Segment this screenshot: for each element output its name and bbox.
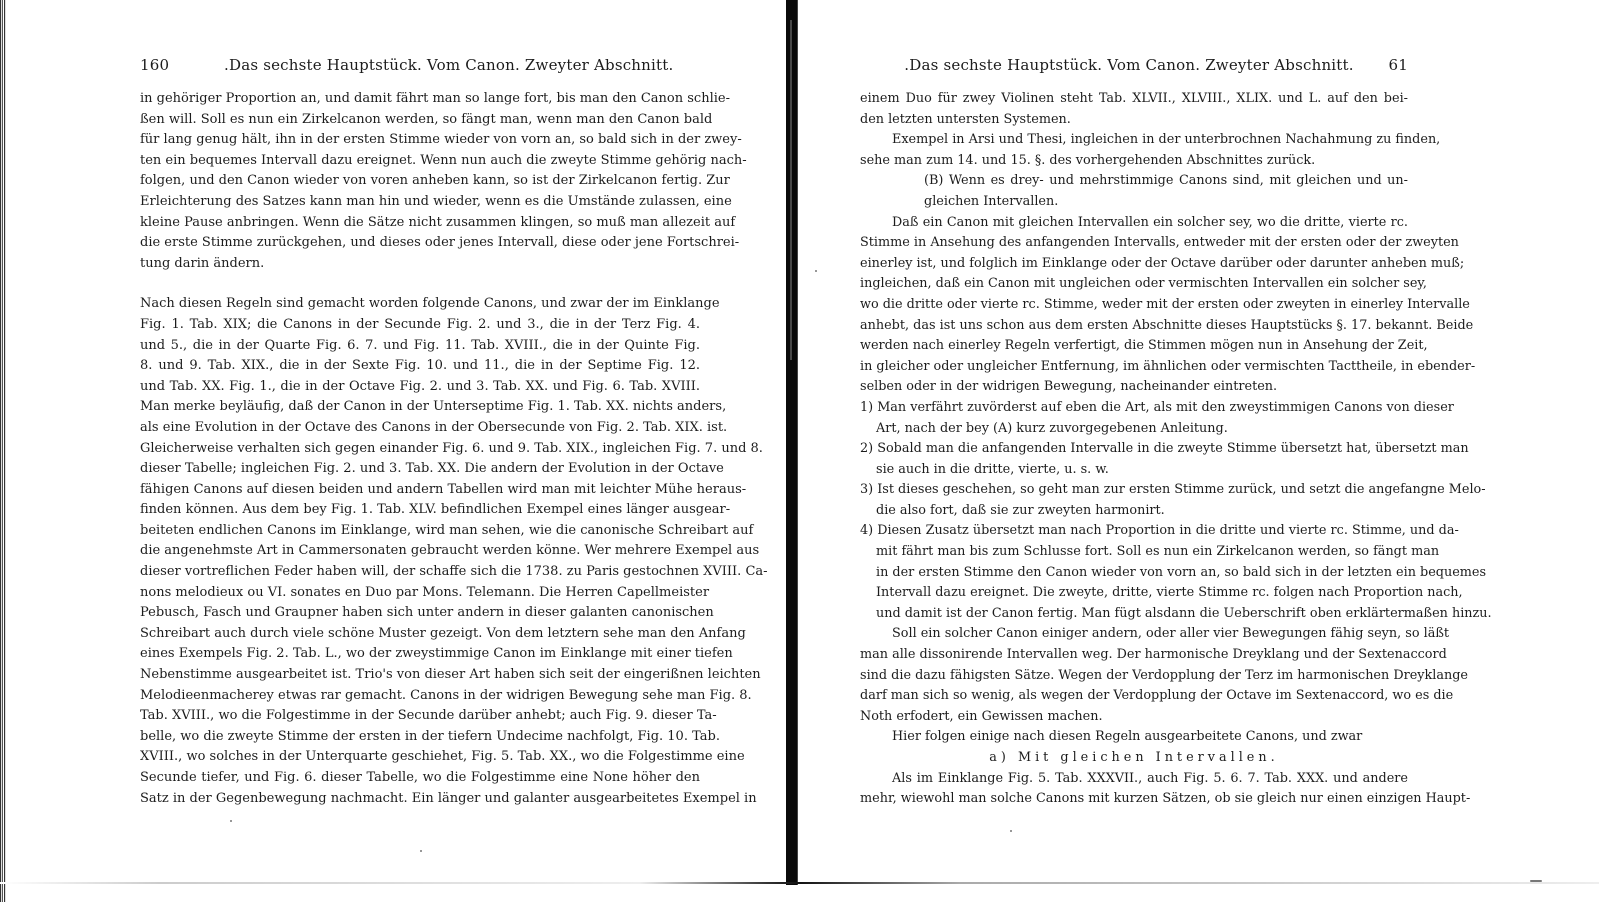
text-line: fähigen Canons auf diesen beiden und and… (140, 480, 700, 501)
text-line: belle, wo die zweyte Stimme der ersten i… (140, 727, 700, 748)
left-running-head: 160 .Das sechste Hauptstück. Vom Canon. … (140, 56, 700, 80)
right-page-number: 61 (1368, 56, 1408, 74)
list-item: 1) Man verfährt zuvörderst auf eben die … (860, 398, 1408, 419)
scan-speck (1010, 830, 1012, 832)
text-line: Tab. XVIII., wo die Folgestimme in der S… (140, 706, 700, 727)
list-item: 2) Sobald man die anfangenden Intervalle… (860, 439, 1408, 460)
text-line: tung darin ändern. (140, 254, 700, 275)
text-line: Daß ein Canon mit gleichen Intervallen e… (860, 213, 1408, 234)
text-line: Erleichterung des Satzes kann man hin un… (140, 192, 700, 213)
right-running-head: .Das sechste Hauptstück. Vom Canon. Zwey… (860, 56, 1408, 80)
text-line: in gleicher oder ungleicher Entfernung, … (860, 357, 1408, 378)
text-line: kleine Pause anbringen. Wenn die Sätze n… (140, 213, 700, 234)
text-line: die erste Stimme zurückgehen, und dieses… (140, 233, 700, 254)
text-line: Nebenstimme ausgearbeitet ist. Trio's vo… (140, 665, 700, 686)
list-item-cont: mit fährt man bis zum Schlusse fort. Sol… (860, 542, 1408, 563)
paragraph-gap (140, 274, 700, 294)
scan-speck (815, 270, 817, 272)
scan-speck (1530, 880, 1542, 882)
text-line: Satz in der Gegenbewegung nachmacht. Ein… (140, 789, 700, 810)
list-item-cont: Intervall dazu ereignet. Die zweyte, dri… (860, 583, 1408, 604)
text-line: finden können. Aus dem bey Fig. 1. Tab. … (140, 500, 700, 521)
text-line: man alle dissonirende Intervallen weg. D… (860, 645, 1408, 666)
text-line: eines Exempels Fig. 2. Tab. L., wo der z… (140, 644, 700, 665)
text-line: dieser Tabelle; ingleichen Fig. 2. und 3… (140, 459, 700, 480)
list-item-cont: Art, nach der bey (A) kurz zuvorgegebene… (860, 419, 1408, 440)
text-line: Man merke beyläufig, daß der Canon in de… (140, 397, 700, 418)
text-line: Secunde tiefer, und Fig. 6. dieser Tabel… (140, 768, 700, 789)
text-line: ingleichen, daß ein Canon mit ungleichen… (860, 274, 1408, 295)
book-gutter (786, 0, 798, 885)
list-item-cont: in der ersten Stimme den Canon wieder vo… (860, 563, 1408, 584)
subsection-heading: a) Mit gleichen Intervallen. (860, 748, 1408, 769)
text-line: dieser vortreflichen Feder haben will, d… (140, 562, 700, 583)
text-line: Stimme in Ansehung des anfangenden Inter… (860, 233, 1408, 254)
text-line: nons melodieux ou VI. sonates en Duo par… (140, 583, 700, 604)
text-line: Als im Einklange Fig. 5. Tab. XXXVII., a… (860, 769, 1408, 790)
text-line: wo die dritte oder vierte rc. Stimme, we… (860, 295, 1408, 316)
text-line: folgen, und den Canon wieder von voren a… (140, 171, 700, 192)
text-line: werden nach einerley Regeln verfertigt, … (860, 336, 1408, 357)
text-line: in gehöriger Proportion an, und damit fä… (140, 89, 700, 110)
text-line: Melodieenmacherey etwas rar gemacht. Can… (140, 686, 700, 707)
right-page: .Das sechste Hauptstück. Vom Canon. Zwey… (860, 56, 1408, 810)
right-body-text: einem Duo für zwey Violinen steht Tab. X… (860, 89, 1408, 810)
section-heading: (B) Wenn es drey- und mehrstimmige Canon… (860, 171, 1408, 192)
text-line: Gleicherweise verhalten sich gegen einan… (140, 439, 700, 460)
text-line: Hier folgen einige nach diesen Regeln au… (860, 727, 1408, 748)
text-line: beiteten endlichen Canons im Einklange, … (140, 521, 700, 542)
text-line: selben oder in der widrigen Bewegung, na… (860, 377, 1408, 398)
text-line: als eine Evolution in der Octave des Can… (140, 418, 700, 439)
text-line: Pebusch, Fasch und Graupner haben sich u… (140, 603, 700, 624)
text-line: Soll ein solcher Canon einiger andern, o… (860, 624, 1408, 645)
text-line: Fig. 1. Tab. XIX; die Canons in der Secu… (140, 315, 700, 336)
left-page: 160 .Das sechste Hauptstück. Vom Canon. … (140, 56, 700, 809)
book-left-edge (0, 0, 6, 902)
text-line: einem Duo für zwey Violinen steht Tab. X… (860, 89, 1408, 110)
text-line: Schreibart auch durch viele schöne Muste… (140, 624, 700, 645)
text-line: Exempel in Arsi und Thesi, ingleichen in… (860, 130, 1408, 151)
section-heading: gleichen Intervallen. (860, 192, 1408, 213)
text-line: und 5., die in der Quarte Fig. 6. 7. und… (140, 336, 700, 357)
list-item: 4) Diesen Zusatz übersetzt man nach Prop… (860, 521, 1408, 542)
text-line: Nach diesen Regeln sind gemacht worden f… (140, 294, 700, 315)
text-line: ten ein bequemes Intervall dazu ereignet… (140, 151, 700, 172)
text-line: ßen will. Soll es nun ein Zirkelcanon we… (140, 110, 700, 131)
list-item-cont: und damit ist der Canon fertig. Man fügt… (860, 604, 1408, 625)
text-line: und Tab. XX. Fig. 1., die in der Octave … (140, 377, 700, 398)
left-page-number: 160 (140, 56, 200, 74)
text-line: den letzten untersten Systemen. (860, 110, 1408, 131)
list-item-cont: sie auch in die dritte, vierte, u. s. w. (860, 460, 1408, 481)
left-running-title: .Das sechste Hauptstück. Vom Canon. Zwey… (200, 56, 700, 74)
text-line: anhebt, das ist uns schon aus dem ersten… (860, 316, 1408, 337)
scan-speck (230, 820, 232, 822)
text-line: XVIII., wo solches in der Unterquarte ge… (140, 747, 700, 768)
page-bottom-edge (0, 882, 1599, 884)
text-line: sehe man zum 14. und 15. §. des vorherge… (860, 151, 1408, 172)
text-line: Noth erfodert, ein Gewissen machen. (860, 707, 1408, 728)
text-line: einerley ist, und folglich im Einklange … (860, 254, 1408, 275)
text-line: die angenehmste Art in Cammersonaten geb… (140, 541, 700, 562)
text-line: für lang genug hält, ihn in der ersten S… (140, 130, 700, 151)
list-item: 3) Ist dieses geschehen, so geht man zur… (860, 480, 1408, 501)
right-running-title: .Das sechste Hauptstück. Vom Canon. Zwey… (860, 56, 1368, 74)
text-line: 8. und 9. Tab. XIX., die in der Sexte Fi… (140, 356, 700, 377)
text-line: sind die dazu fähigsten Sätze. Wegen der… (860, 666, 1408, 687)
list-item-cont: die also fort, daß sie zur zweyten harmo… (860, 501, 1408, 522)
text-line: darf man sich so wenig, als wegen der Ve… (860, 686, 1408, 707)
text-line: mehr, wiewohl man solche Canons mit kurz… (860, 789, 1408, 810)
scan-speck (420, 850, 422, 852)
left-body-text: in gehöriger Proportion an, und damit fä… (140, 89, 700, 809)
